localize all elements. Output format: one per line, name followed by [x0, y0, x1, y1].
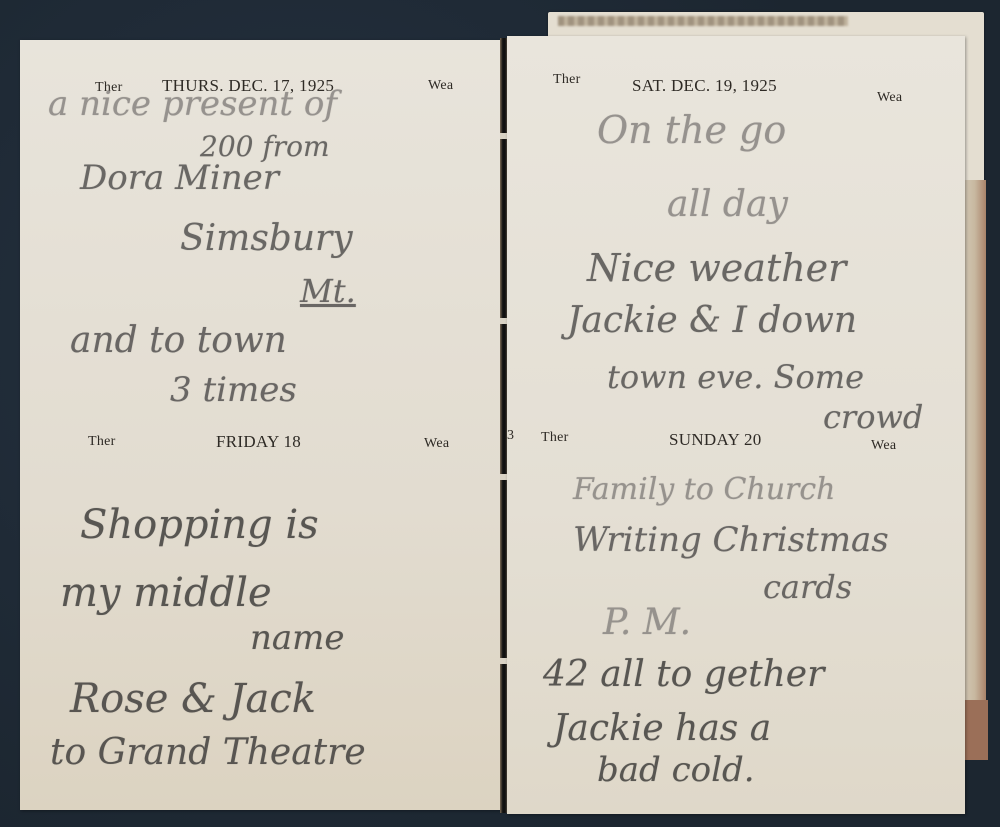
date-heading: SUNDAY 20 [669, 430, 762, 450]
handwritten-line: cards [763, 568, 852, 606]
handwritten-line: P. M. [603, 602, 691, 643]
handwritten-line: Writing Christmas [573, 520, 889, 560]
handwritten-line: 42 all to gether [543, 654, 824, 695]
handwritten-line: a nice present of [48, 84, 337, 124]
handwritten-line: Nice weather [587, 246, 846, 290]
ther-label: Ther [88, 434, 116, 450]
handwritten-line: On the go [597, 108, 786, 152]
handwritten-line: Jackie & I down [567, 300, 857, 341]
ther-label: Ther [553, 72, 581, 88]
handwritten-line: all day [667, 184, 788, 225]
handwritten-line: and to town [70, 320, 287, 361]
handwritten-line: town eve. Some [607, 358, 864, 396]
ther-label: Ther [541, 430, 569, 446]
handwritten-line: Dora Miner [80, 158, 279, 198]
handwritten-line: my middle [60, 570, 272, 616]
handwritten-line: Family to Church [573, 472, 836, 507]
wea-label: Wea [424, 436, 449, 452]
handwritten-line: Rose & Jack [70, 676, 316, 722]
wea-label: Wea [871, 438, 896, 454]
handwritten-line: to Grand Theatre [50, 732, 366, 773]
date-heading: FRIDAY 18 [216, 432, 301, 452]
handwritten-line: Jackie has a [553, 708, 771, 749]
handwritten-line: 3 times [170, 370, 297, 410]
torn-strip [558, 16, 848, 26]
handwritten-line: Simsbury [180, 218, 353, 259]
date-heading: SAT. DEC. 19, 1925 [632, 76, 777, 96]
handwritten-line: Shopping is [80, 502, 319, 548]
handwritten-line: Mt. [300, 272, 356, 310]
left-page: Ther THURS. DEC. 17, 1925 Wea a nice pre… [20, 40, 502, 810]
wea-label: Wea [877, 90, 902, 106]
handwritten-line: crowd [823, 398, 923, 436]
handwritten-line: bad cold. [597, 750, 755, 790]
wea-label: Wea [428, 78, 453, 94]
handwritten-line: name [250, 618, 345, 658]
page-marker: 3 [507, 428, 514, 444]
right-page: Ther SAT. DEC. 19, 1925 Wea On the go al… [507, 36, 965, 814]
